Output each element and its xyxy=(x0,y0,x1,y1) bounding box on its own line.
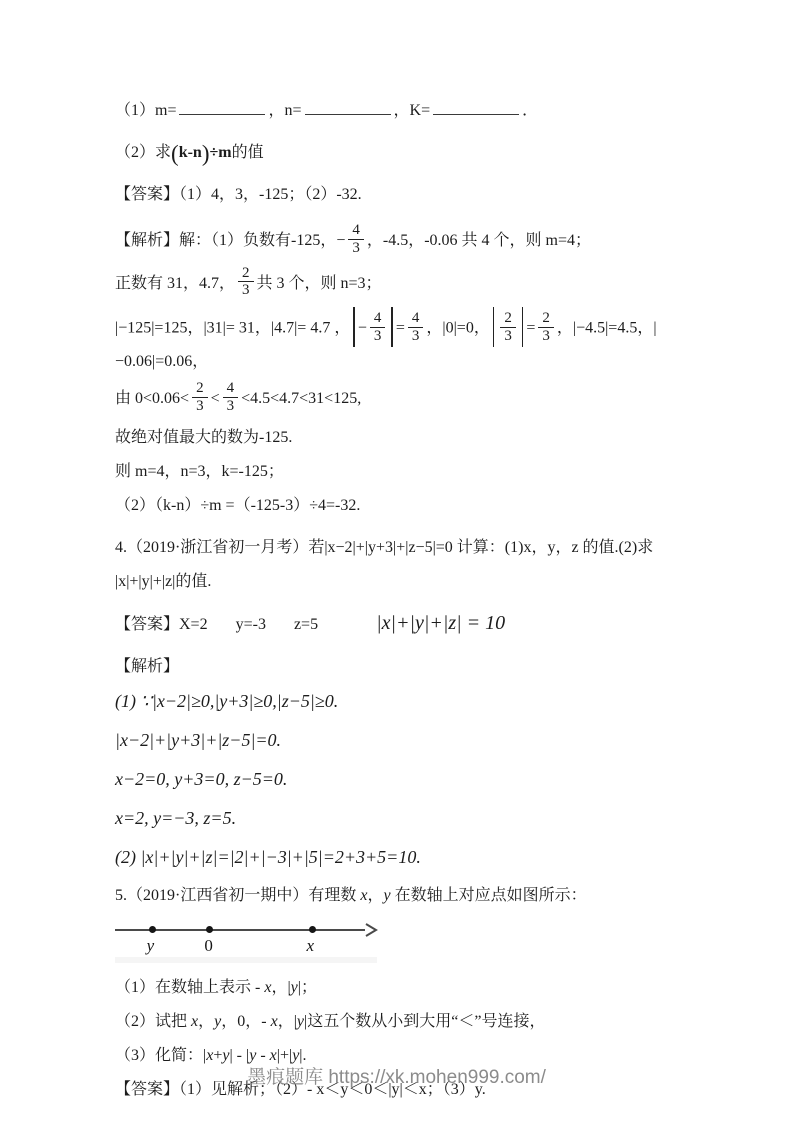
denominator: 3 xyxy=(238,281,254,299)
q5-number-line: y0x xyxy=(115,917,377,963)
fraction: 23 xyxy=(238,265,254,300)
text-run: 【解析】 xyxy=(115,658,179,675)
math-italic-run: (1) ∵|x−2|≥0,|y+3|≥0,|z−5|≥0. xyxy=(115,691,338,711)
abs-bar xyxy=(353,307,355,347)
numerator: 2 xyxy=(238,265,254,282)
spacer xyxy=(208,628,236,629)
math-italic-run: x=2, y=−3, z=5. xyxy=(115,808,236,828)
text-run: y=-3 xyxy=(236,616,266,633)
text-run: ，| xyxy=(271,979,290,996)
math-italic-run: y xyxy=(297,1013,304,1030)
text-run: 5.（2019·江西省初一期中）有理数 xyxy=(115,887,360,904)
text-run: < xyxy=(211,390,220,407)
worksheet-page: （1）m=，n=，K=．（2）求(k-n)÷m的值【答案】（1）4，3，-125… xyxy=(0,0,793,1122)
q4-step-5: (2) |x|+|y|+|z|=|2|+|−3|+|5|=2+3+5=10. xyxy=(115,844,715,870)
text-run: 正数有 31，4.7， xyxy=(115,275,235,292)
math-run: |−125|=125，|31|= 31，|4.7|= 4.7 ， xyxy=(115,320,350,337)
numerator: 4 xyxy=(408,310,424,327)
text-run: （2）求 xyxy=(115,144,171,161)
text-run: 【解析】解：（1）负数有-125， xyxy=(115,232,336,249)
document-content: （1）m=，n=，K=．（2）求(k-n)÷m的值【答案】（1）4，3，-125… xyxy=(115,98,715,1111)
denominator: 3 xyxy=(408,327,424,345)
fraction: 23 xyxy=(500,310,516,345)
numerator: 4 xyxy=(370,310,386,327)
text-run: 共 3 个，则 n=3； xyxy=(257,275,382,292)
q4-step-4: x=2, y=−3, z=5. xyxy=(115,805,715,831)
number-line-point-label: y xyxy=(147,935,155,957)
q3-values-line: 则 m=4，n=3，k=-125； xyxy=(115,459,715,484)
numerator: 4 xyxy=(223,380,239,397)
number-line-point xyxy=(149,926,156,933)
number-line-point xyxy=(309,926,316,933)
text-run: ， xyxy=(367,887,383,904)
denominator: 3 xyxy=(500,327,516,345)
q3-answer-line: 【答案】（1）4，3，-125；（2）-32. xyxy=(115,182,715,207)
text-run: <4.5<4.7<31<125, xyxy=(241,390,361,407)
math-bold-run: ÷m xyxy=(209,144,231,161)
fraction: 43 xyxy=(370,310,386,345)
q3-part2-calc-line: （2）（k-n）÷m =（-125-3）÷4=-32. xyxy=(115,493,715,518)
numerator: 2 xyxy=(500,310,516,327)
q3-abs-values-line: |−125|=125，|31|= 31，|4.7|= 4.7 ，−43=43，|… xyxy=(115,309,715,374)
text-run: 4.（2019·浙江省初一月考）若|x−2|+|y+3|+|z−5|=0 计算：… xyxy=(115,539,653,556)
q4-question-line-1: 4.（2019·浙江省初一月考）若|x−2|+|y+3|+|z−5|=0 计算：… xyxy=(115,535,715,560)
q3-blank-line: （1）m=，n=，K=． xyxy=(115,98,715,123)
fill-blank xyxy=(179,99,265,115)
number-line-point-label: x xyxy=(307,935,315,957)
footer-watermark: 墨痕题库 https://xk.mohen999.com/ xyxy=(0,1062,793,1089)
math-run: − xyxy=(358,320,367,337)
text-run: ，K= xyxy=(394,102,431,119)
spacer xyxy=(266,628,294,629)
text-run: 则 m=4，n=3，k=-125； xyxy=(115,463,284,480)
number-line-point xyxy=(206,926,213,933)
fill-blank xyxy=(433,99,519,115)
q5-sub-2: （2）试把 x，y，0，- x，|y|这五个数从小到大用“＜”号连接， xyxy=(115,1009,715,1034)
numerator: 2 xyxy=(192,380,208,397)
text-run: ，n= xyxy=(268,102,301,119)
fill-blank xyxy=(305,99,391,115)
math-bold-run: k-n xyxy=(179,144,202,161)
math-italic-run: x xyxy=(271,1013,278,1030)
footer-text: 墨痕题库 https://xk.mohen999.com/ xyxy=(247,1067,546,1088)
text-run: （1）在数轴上表示 - xyxy=(115,979,264,996)
text-run: ， xyxy=(198,1013,214,1030)
q4-step-1: (1) ∵|x−2|≥0,|y+3|≥0,|z−5|≥0. xyxy=(115,688,715,714)
text-run: z=5 xyxy=(294,616,318,633)
fraction: 43 xyxy=(223,380,239,415)
text-run: 故绝对值最大的数为-125. xyxy=(115,429,292,446)
q3-part2-line: （2）求(k-n)÷m的值 xyxy=(115,140,715,165)
denominator: 3 xyxy=(538,327,554,345)
denominator: 3 xyxy=(192,397,208,415)
denominator: 3 xyxy=(223,397,239,415)
text-run: ． xyxy=(522,102,538,119)
q5-question-line: 5.（2019·江西省初一期中）有理数 x，y 在数轴上对应点如图所示： xyxy=(115,883,715,908)
text-run: 在数轴上对应点如图所示： xyxy=(391,887,587,904)
text-run: 由 0<0.06< xyxy=(115,390,189,407)
arrow-right-icon xyxy=(363,922,379,938)
text-run: 【答案】X=2 xyxy=(115,616,208,633)
fraction: 23 xyxy=(538,310,554,345)
fraction: 43 xyxy=(348,222,364,257)
numerator: 4 xyxy=(348,222,364,239)
text-run: 【答案】（1）4，3，-125；（2）-32. xyxy=(115,186,362,203)
q4-analysis-label: 【解析】 xyxy=(115,654,715,679)
math-italic-run: x−2=0, y+3=0, z−5=0. xyxy=(115,769,287,789)
text-run: ，-4.5，-0.06 共 4 个，则 m=4； xyxy=(367,232,591,249)
q3-compare-line: 由 0<0.06<23<43<4.5<4.7<31<125, xyxy=(115,382,715,417)
q4-step-2: |x−2|+|y+3|+|z−5|=0. xyxy=(115,727,715,753)
abs-bar xyxy=(493,307,495,347)
text-run: 的值 xyxy=(232,144,264,161)
math-run: = xyxy=(526,320,535,337)
q3-analysis-line-1: 【解析】解：（1）负数有-125，−43，-4.5，-0.06 共 4 个，则 … xyxy=(115,224,715,259)
text-run: （2）试把 xyxy=(115,1013,191,1030)
text-run: （2）（k-n）÷m =（-125-3）÷4=-32. xyxy=(115,497,360,514)
math-italic-run: y xyxy=(291,979,298,996)
math-italic-run: |x−2|+|y+3|+|z−5|=0. xyxy=(115,730,281,750)
abs-bar xyxy=(391,307,393,347)
q4-answer-line: 【答案】X=2y=-3z=5|x|+|y|+|z| = 10 xyxy=(115,611,715,637)
math-italic-run: (2) |x|+|y|+|z|=|2|+|−3|+|5|=2+3+5=10. xyxy=(115,847,421,867)
spacer xyxy=(318,628,376,629)
q3-analysis-line-2: 正数有 31，4.7，23共 3 个，则 n=3； xyxy=(115,267,715,302)
text-run: ，| xyxy=(278,1013,297,1030)
text-run: ，0，- xyxy=(221,1013,270,1030)
text-run: |； xyxy=(298,979,317,996)
math-italic-run: y xyxy=(383,887,390,904)
numerator: 2 xyxy=(538,310,554,327)
text-run: |x|+|y|+|z|的值. xyxy=(115,573,211,590)
fraction: 43 xyxy=(408,310,424,345)
math-run: ，|0|=0， xyxy=(426,320,489,337)
q4-step-3: x−2=0, y+3=0, z−5=0. xyxy=(115,766,715,792)
denominator: 3 xyxy=(370,327,386,345)
math-run: = xyxy=(396,320,405,337)
figure-background-strip xyxy=(115,957,377,963)
math-italic-run: |x|+|y|+|z| = 10 xyxy=(376,612,505,634)
math-run: − xyxy=(336,232,345,249)
denominator: 3 xyxy=(348,239,364,257)
fraction: 23 xyxy=(192,380,208,415)
text-run: |这五个数从小到大用“＜”号连接， xyxy=(304,1013,545,1030)
big-paren: ( xyxy=(171,141,179,166)
abs-bar xyxy=(522,307,524,347)
q5-sub-1: （1）在数轴上表示 - x，|y|； xyxy=(115,975,715,1000)
q3-conclusion-line: 故绝对值最大的数为-125. xyxy=(115,425,715,450)
q4-question-line-2: |x|+|y|+|z|的值. xyxy=(115,569,715,594)
text-run: （1）m= xyxy=(115,102,176,119)
number-line-point-label: 0 xyxy=(204,935,213,957)
